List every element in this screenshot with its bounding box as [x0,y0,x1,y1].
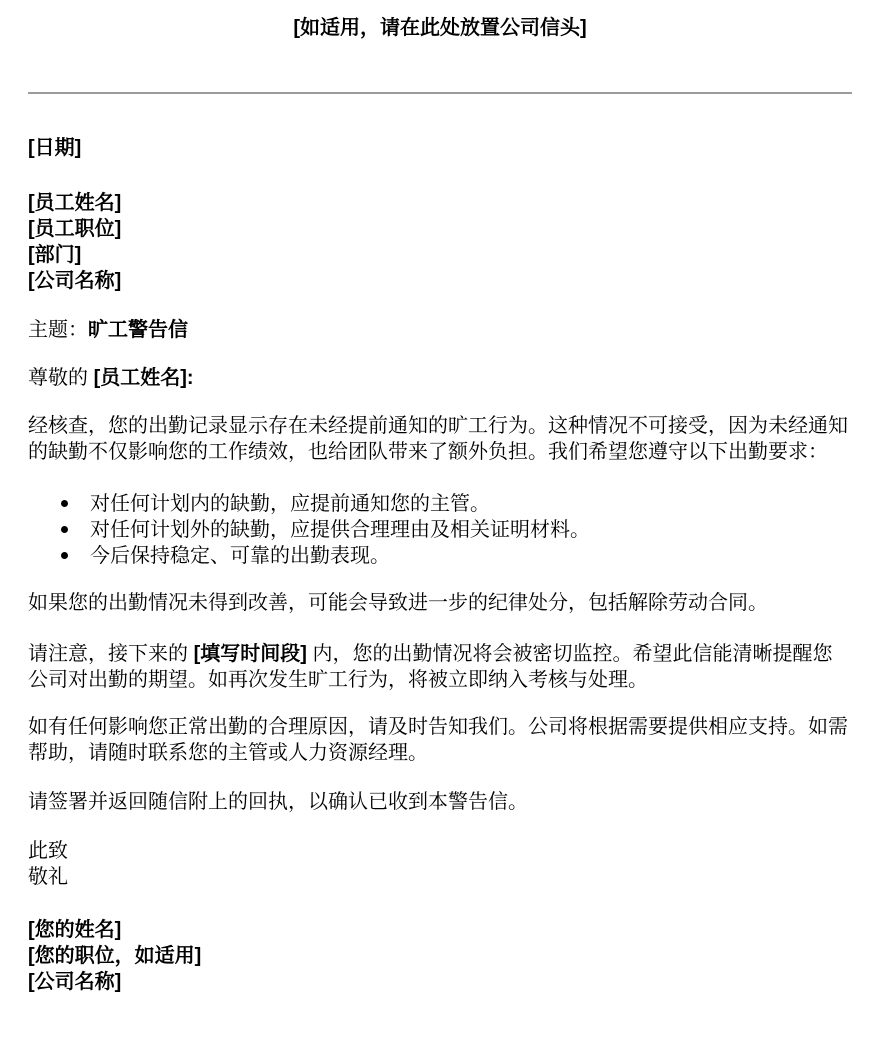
closing-line-1: 此致 [28,838,852,864]
paragraph-attendance-finding: 经核查，您的出勤记录显示存在未经提前通知的旷工行为。这种情况不可接受，因为未经通… [28,413,852,465]
attendance-requirements-list: 对任何计划内的缺勤，应提前通知您的主管。 对任何计划外的缺勤，应提供合理理由及相… [28,491,852,569]
list-item-planned-absence: 对任何计划内的缺勤，应提前通知您的主管。 [90,491,852,517]
header-divider [28,92,852,94]
recipient-company: [公司名称] [28,268,852,294]
salutation: 尊敬的 [员工姓名]: [28,365,852,391]
recipient-department: [部门] [28,242,852,268]
signature-block: [您的姓名] [您的职位，如适用] [公司名称] [28,917,852,995]
recipient-block: [员工姓名] [员工职位] [部门] [公司名称] [28,190,852,294]
time-period-placeholder: [填写时间段] [194,643,307,665]
sender-name-placeholder: [您的姓名] [28,917,852,943]
list-item-unplanned-absence: 对任何计划外的缺勤，应提供合理理由及相关证明材料。 [90,517,852,543]
subject-label: 主题： [28,319,88,341]
salutation-name: [员工姓名]: [94,367,194,389]
recipient-name: [员工姓名] [28,190,852,216]
closing-line-2: 敬礼 [28,864,852,890]
closing-block: 此致 敬礼 [28,838,852,890]
letterhead-placeholder: [如适用，请在此处放置公司信头] [28,15,852,41]
recipient-title: [员工职位] [28,216,852,242]
sender-title-placeholder: [您的职位，如适用] [28,943,852,969]
paragraph-acknowledgment: 请签署并返回随信附上的回执，以确认已收到本警告信。 [28,789,852,815]
sender-company-placeholder: [公司名称] [28,969,852,995]
subject-value: 旷工警告信 [88,319,188,341]
paragraph-consequences: 如果您的出勤情况未得到改善，可能会导致进一步的纪律处分，包括解除劳动合同。 [28,590,852,616]
list-item-reliable-attendance: 今后保持稳定、可靠的出勤表现。 [90,543,852,569]
letter-document: { "letterhead": "[如适用，请在此处放置公司信头]", "dat… [0,0,880,1042]
date-placeholder: [日期] [28,135,852,161]
paragraph-monitoring: 请注意，接下来的 [填写时间段] 内，您的出勤情况将会被密切监控。希望此信能清晰… [28,641,852,693]
monitoring-prefix: 请注意，接下来的 [28,643,194,665]
paragraph-support: 如有任何影响您正常出勤的合理原因，请及时告知我们。公司将根据需要提供相应支持。如… [28,714,852,766]
subject-line: 主题：旷工警告信 [28,317,852,343]
salutation-prefix: 尊敬的 [28,367,94,389]
letter-page: [如适用，请在此处放置公司信头] [日期] [员工姓名] [员工职位] [部门]… [0,0,880,995]
